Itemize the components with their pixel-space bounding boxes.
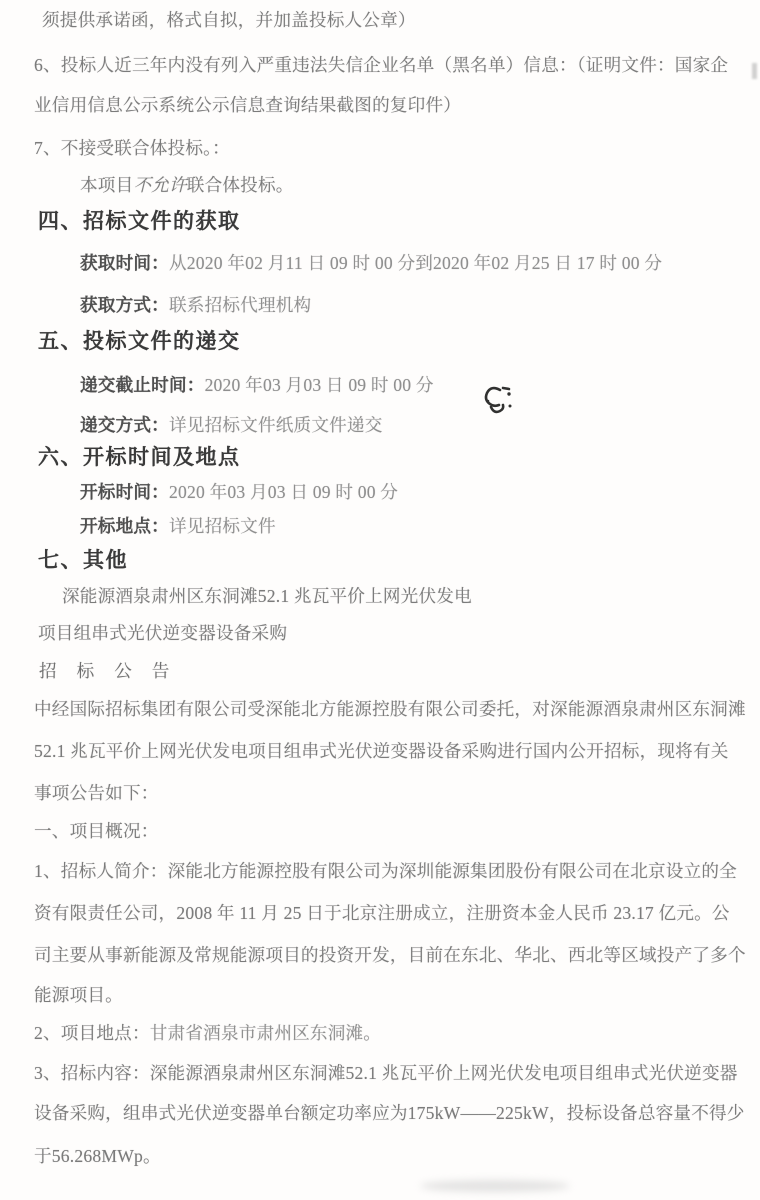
text-run: 详见招标文件	[169, 516, 276, 536]
line-item7-note: 本项目不允许联合体投标。	[80, 174, 294, 197]
text-run: 1、招标人简介：	[34, 861, 168, 881]
text-run: 开标时间：	[80, 482, 169, 502]
text-run: 从2020 年02 月11 日 09 时 00 分到2020 年02 月25 日…	[169, 253, 662, 273]
heading-section7: 七、其他	[38, 549, 128, 573]
text-run: 项目组串式光伏逆变器设备采购	[38, 623, 287, 643]
text-run: 获取时间：	[80, 253, 169, 273]
text-run: 甘肃省酒泉市肃州区东洞滩。	[150, 1023, 381, 1043]
line-open-time: 开标时间：2020 年03 月03 日 09 时 00 分	[80, 481, 398, 504]
text-run: 6、投标人近三年内没有列入严重违法失信企业名单（黑名单）信息：（证明文件：国家企	[34, 55, 728, 75]
text-run: 中经国际招标集团有限公司受深能北方能源控股有限公司委托，对深能源酒泉肃州区东洞滩	[34, 699, 746, 719]
line-bid-content-3: 于56.268MWp。	[34, 1145, 161, 1168]
line-submit-method: 递交方式：详见招标文件纸质文件递交	[80, 414, 383, 437]
ink-smudge-mark	[476, 381, 518, 423]
line-obtain-time: 获取时间：从2020 年02 月11 日 09 时 00 分到2020 年02 …	[80, 252, 662, 275]
text-run: 7、不接受联合体投标。：	[34, 138, 230, 158]
text-run: 资有限责任公司，2008 年 11 月 25 日于北京注册成立，注册资本金人民币…	[34, 903, 730, 923]
scanned-document-page: 须提供承诺函，格式自拟，并加盖投标人公章）6、投标人近三年内没有列入严重违法失信…	[0, 0, 760, 1200]
heading-section5: 五、投标文件的递交	[38, 330, 241, 354]
line-open-place: 开标地点：详见招标文件	[80, 515, 276, 538]
line-item7: 7、不接受联合体投标。：	[34, 137, 230, 160]
text-run: 须提供承诺函，格式自拟，并加盖投标人公章）	[42, 10, 416, 30]
line-overview-heading: 一、项目概况：	[34, 820, 159, 843]
line-project-location: 2、项目地点：甘肃省酒泉市肃州区东洞滩。	[34, 1022, 381, 1045]
line-item6-1: 6、投标人近三年内没有列入严重违法失信企业名单（黑名单）信息：（证明文件：国家企	[34, 54, 728, 77]
line-bidder-intro-1: 1、招标人简介：深能北方能源控股有限公司为深圳能源集团股份有限公司在北京设立的全	[34, 860, 737, 883]
line-intro-2: 52.1 兆瓦平价上网光伏发电项目组串式光伏逆变器设备采购进行国内公开招标，现将…	[34, 740, 729, 763]
text-run: 司主要从事新能源及常规能源项目的投资开发，目前在东北、华北、西北等区域投产了多个	[34, 945, 746, 965]
text-run: 52.1 兆瓦平价上网光伏发电项目组串式光伏逆变器设备采购进行国内公开招标，现将…	[34, 741, 729, 761]
line-commitment-letter: 须提供承诺函，格式自拟，并加盖投标人公章）	[42, 9, 416, 32]
text-run: 招标公告	[39, 661, 189, 681]
line-project-name-2: 项目组串式光伏逆变器设备采购	[38, 622, 287, 645]
text-run: 深能源酒泉肃州区东洞滩52.1 兆瓦平价上网光伏发电项目组串式光伏逆变器	[150, 1063, 738, 1083]
text-run: 事项公告如下：	[34, 783, 159, 803]
text-run: 七、其他	[38, 548, 128, 572]
line-bidder-intro-4: 能源项目。	[34, 984, 123, 1007]
text-run: 深能北方能源控股有限公司为深圳能源集团股份有限公司在北京设立的全	[168, 861, 737, 881]
text-run: 获取方式：	[80, 295, 169, 315]
text-run: 能源项目。	[34, 985, 123, 1005]
line-bidder-intro-3: 司主要从事新能源及常规能源项目的投资开发，目前在东北、华北、西北等区域投产了多个	[34, 944, 746, 967]
line-submit-deadline: 递交截止时间：2020 年03 月03 日 09 时 00 分	[80, 374, 434, 397]
heading-section4: 四、招标文件的获取	[38, 210, 241, 234]
line-intro-1: 中经国际招标集团有限公司受深能北方能源控股有限公司委托，对深能源酒泉肃州区东洞滩	[34, 698, 746, 721]
line-announcement-title: 招标公告	[39, 660, 189, 683]
line-project-name-1: 深能源酒泉肃州区东洞滩52.1 兆瓦平价上网光伏发电	[62, 585, 472, 608]
text-run: 递交截止时间：	[80, 375, 205, 395]
text-run: 不允许	[133, 175, 186, 195]
line-bidder-intro-2: 资有限责任公司，2008 年 11 月 25 日于北京注册成立，注册资本金人民币…	[34, 902, 730, 925]
text-run: 深能源酒泉肃州区东洞滩52.1 兆瓦平价上网光伏发电	[62, 586, 472, 606]
text-run: 联合体投标。	[187, 175, 294, 195]
text-run: 业信用信息公示系统公示信息查询结果截图的复印件）	[34, 95, 461, 115]
text-run: 递交方式：	[80, 415, 169, 435]
text-run: 设备采购，组串式光伏逆变器单台额定功率应为175kW——225kW，投标设备总容…	[34, 1103, 745, 1123]
text-run: 2、项目地点：	[34, 1023, 150, 1043]
text-run: 五、投标文件的递交	[38, 329, 241, 353]
text-run: 六、开标时间及地点	[38, 445, 241, 469]
text-run: 联系招标代理机构	[169, 295, 311, 315]
line-item6-2: 业信用信息公示系统公示信息查询结果截图的复印件）	[34, 94, 461, 117]
text-run: 本项目	[80, 175, 133, 195]
text-run: 2020 年03 月03 日 09 时 00 分	[205, 375, 434, 395]
line-bid-content-2: 设备采购，组串式光伏逆变器单台额定功率应为175kW——225kW，投标设备总容…	[34, 1102, 745, 1125]
text-run: 详见招标文件纸质文件递交	[169, 415, 383, 435]
line-intro-3: 事项公告如下：	[34, 782, 159, 805]
scan-bottom-smear	[420, 1180, 570, 1192]
text-run: 于56.268MWp。	[34, 1146, 161, 1166]
scan-edge-artifact	[752, 63, 757, 79]
line-bid-content-1: 3、招标内容：深能源酒泉肃州区东洞滩52.1 兆瓦平价上网光伏发电项目组串式光伏…	[34, 1062, 738, 1085]
text-run: 2020 年03 月03 日 09 时 00 分	[169, 482, 398, 502]
text-run: 开标地点：	[80, 516, 169, 536]
text-run: 3、招标内容：	[34, 1063, 150, 1083]
heading-section6: 六、开标时间及地点	[38, 446, 241, 470]
text-run: 一、项目概况：	[34, 821, 159, 841]
line-obtain-method: 获取方式：联系招标代理机构	[80, 294, 311, 317]
text-run: 四、招标文件的获取	[38, 209, 241, 233]
